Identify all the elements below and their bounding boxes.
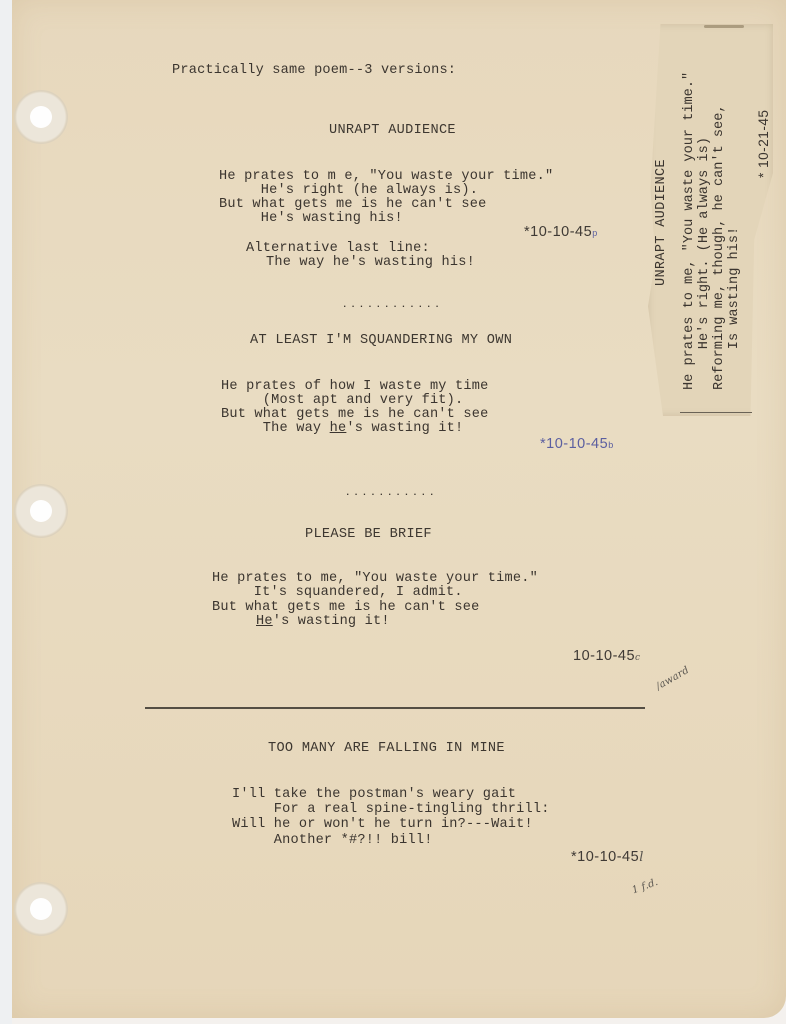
binder-hole xyxy=(14,882,68,936)
separator-dots: ........... xyxy=(345,486,437,501)
poem-title: TOO MANY ARE FALLING IN MINE xyxy=(268,742,505,757)
poem-line: It's squandered, I admit. xyxy=(212,586,463,601)
poem-date: *10-10-45l xyxy=(571,850,644,866)
poem-line: I'll take the postman's weary gait xyxy=(232,788,516,803)
separator-dots: ............ xyxy=(342,298,443,313)
clipping-line: He prates to me, "You waste your time." xyxy=(683,72,696,390)
poem-title: PLEASE BE BRIEF xyxy=(305,528,432,543)
binder-hole xyxy=(14,484,68,538)
clipping-title: UNRAPT AUDIENCE xyxy=(655,159,668,286)
poem-title: UNRAPT AUDIENCE xyxy=(329,124,456,139)
poem-date: *10-10-45p xyxy=(524,225,598,241)
poem-title: AT LEAST I'M SQUANDERING MY OWN xyxy=(250,334,512,349)
poem-date: 10-10-45c xyxy=(573,649,641,666)
poem-line: He's wasting it! xyxy=(256,615,390,630)
poem-line: Will he or won't he turn in?---Wait! xyxy=(232,818,533,833)
clipping-line: Is wasting his! xyxy=(728,227,741,390)
staple-mark xyxy=(704,25,744,28)
poem-line: Another *#?!! bill! xyxy=(232,834,433,849)
clipping-edge-line xyxy=(680,412,752,413)
clipping-line: He's right. (He always is) xyxy=(698,137,711,390)
poem-date: *10-10-45b xyxy=(540,437,614,453)
poem-line: For a real spine-tingling thrill: xyxy=(232,803,550,818)
clipping-line: Reforming me, though, he can't see, xyxy=(713,104,726,390)
scanner-edge xyxy=(0,0,12,1024)
binder-hole xyxy=(14,90,68,144)
divider-line xyxy=(145,707,645,709)
poem-line: The way he's wasting it! xyxy=(221,422,463,437)
alternative-line: The way he's wasting his! xyxy=(266,256,475,271)
poem-line: He's wasting his! xyxy=(219,212,403,227)
clipping-date: * 10-21-45 xyxy=(757,110,770,178)
page-header: Practically same poem--3 versions: xyxy=(172,64,456,79)
